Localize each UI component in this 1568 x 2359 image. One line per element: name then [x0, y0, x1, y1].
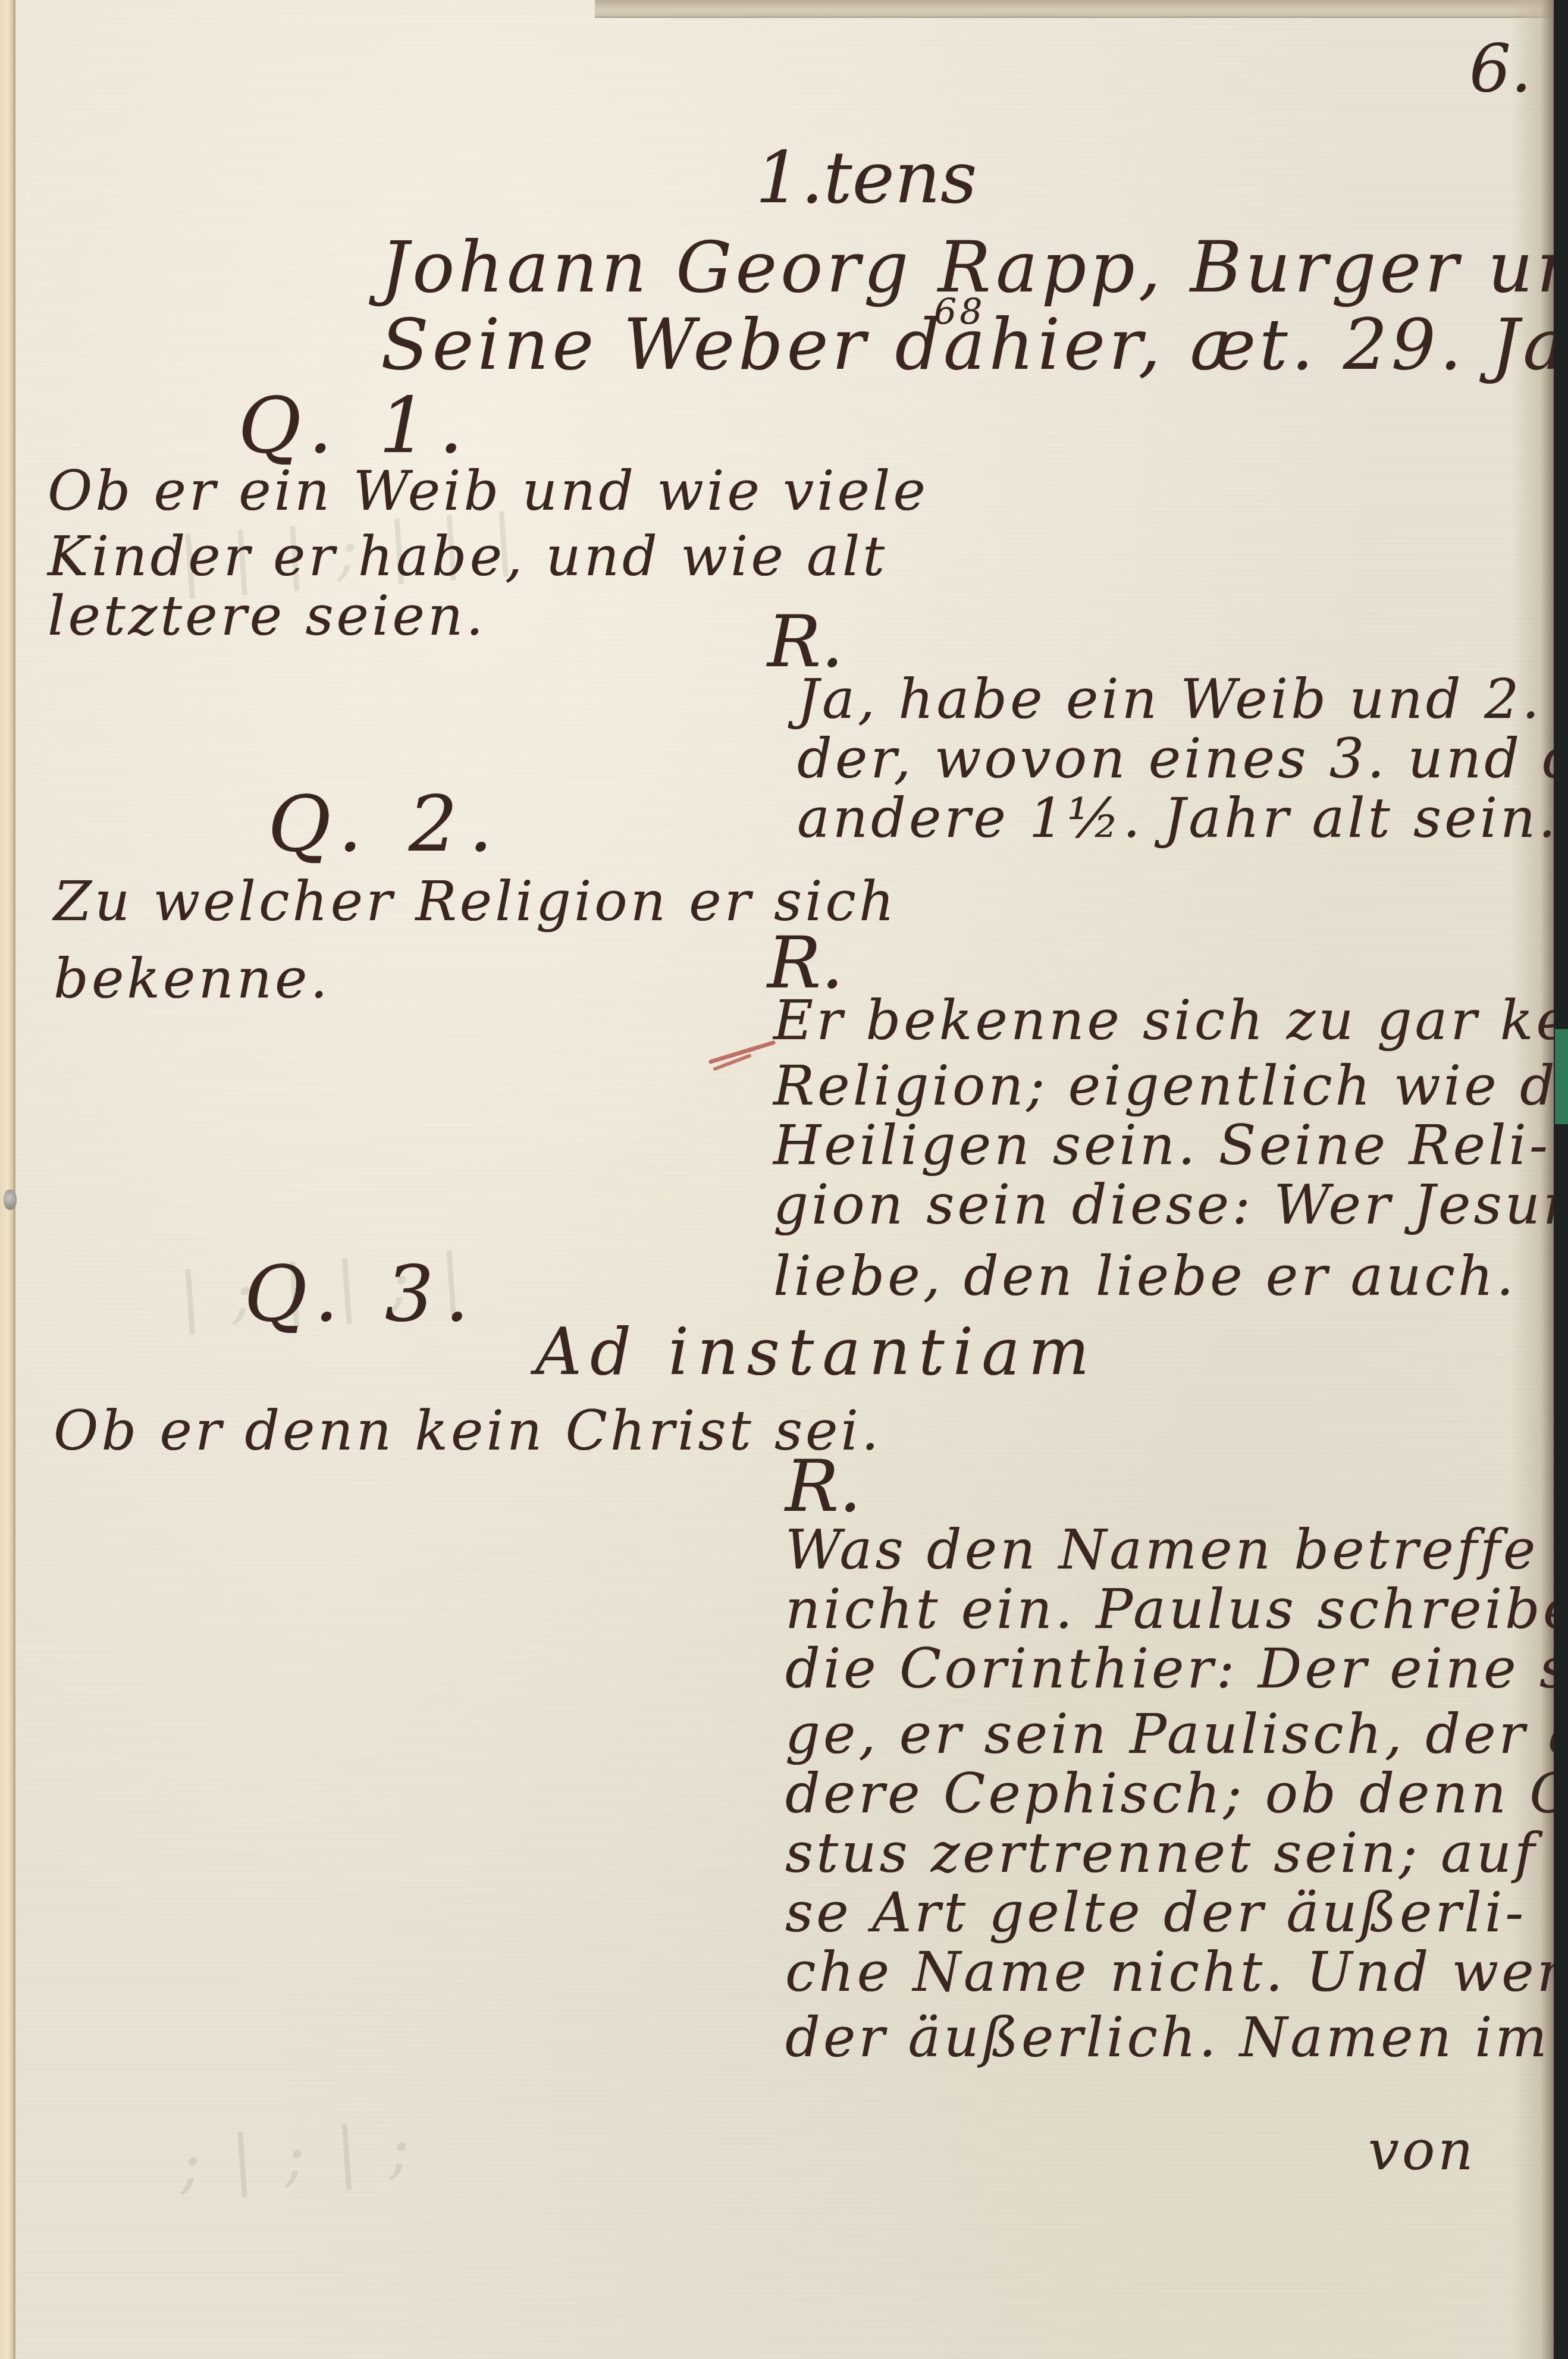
red-pencil-mark: [708, 1038, 779, 1074]
response-2-line-4: gion sein diese: Wer Jesum: [773, 1178, 1568, 1232]
entry-number-heading: 1.tens: [755, 143, 977, 214]
response-2-line-2: Religion; eigentlich wie die: [773, 1059, 1568, 1113]
response-2-line-1: Er bekenne sich zu gar keiner: [773, 993, 1568, 1048]
response-3-line-3: die Corinthier: Der eine sa-: [785, 1642, 1568, 1696]
question-1-line-2: Kinder er habe, und wie alt: [48, 529, 888, 584]
green-page-tab: [1555, 1029, 1568, 1124]
response-2-line-5: liebe, den liebe er auch.: [773, 1249, 1517, 1304]
response-label-3: R.: [785, 1451, 862, 1523]
response-3-line-2: nicht ein. Paulus schreibe an: [785, 1582, 1568, 1637]
ad-instantiam-subheading: Ad instantiam: [535, 1320, 1097, 1385]
response-3-line-9: der äußerlich. Namen im: [785, 2010, 1550, 2065]
manuscript-page: | | | ; | | | | ; | | ; | ; | ; | ; 6. 1…: [0, 0, 1554, 2359]
question-1-line-3: letztere seien.: [48, 589, 486, 644]
page-number: 6.: [1469, 36, 1532, 101]
question-1-line-1: Ob er ein Weib und wie viele: [48, 464, 929, 519]
response-1-line-2: der, wovon eines 3. und das: [797, 732, 1568, 786]
book-binding-edge: [1554, 0, 1568, 2359]
response-3-line-5: dere Cephisch; ob denn Chri-: [785, 1767, 1568, 1821]
response-3-line-7: se Art gelte der äußerli-: [785, 1886, 1526, 1940]
catchword: von: [1368, 2123, 1476, 2178]
question-3-line-1: Ob er denn kein Christ sei.: [54, 1404, 882, 1458]
response-2-line-3: Heiligen sein. Seine Reli-: [773, 1118, 1551, 1173]
question-label-3: Q. 3.: [244, 1255, 480, 1332]
binding-thread-knot: [4, 1190, 17, 1210]
page-top-edge: [595, 0, 1554, 18]
response-3-line-6: stus zertrennet sein; auf die-: [785, 1826, 1568, 1881]
response-3-line-4: ge, er sein Paulisch, der an-: [785, 1707, 1568, 1762]
title-line-2: Seine Weber dahier, æt. 29. Jahr.: [381, 309, 1568, 379]
response-3-line-8: che Name nicht. Und wenn: [785, 1945, 1568, 2000]
question-label-1: Q. 1.: [238, 387, 474, 464]
question-label-2: Q. 2.: [268, 785, 504, 862]
question-2-line-1: Zu welcher Religion er sich: [54, 874, 897, 929]
question-2-line-2: bekenne.: [54, 952, 331, 1006]
response-1-line-3: andere 1½. Jahr alt sein.: [797, 791, 1559, 846]
left-binding-strip: [0, 0, 15, 2359]
response-3-line-1: Was den Namen betreffe so: [785, 1523, 1568, 1577]
response-1-line-1: Ja, habe ein Weib und 2. Kin-: [797, 672, 1568, 727]
bleed-through-text: ; | ; | ;: [176, 2109, 417, 2201]
